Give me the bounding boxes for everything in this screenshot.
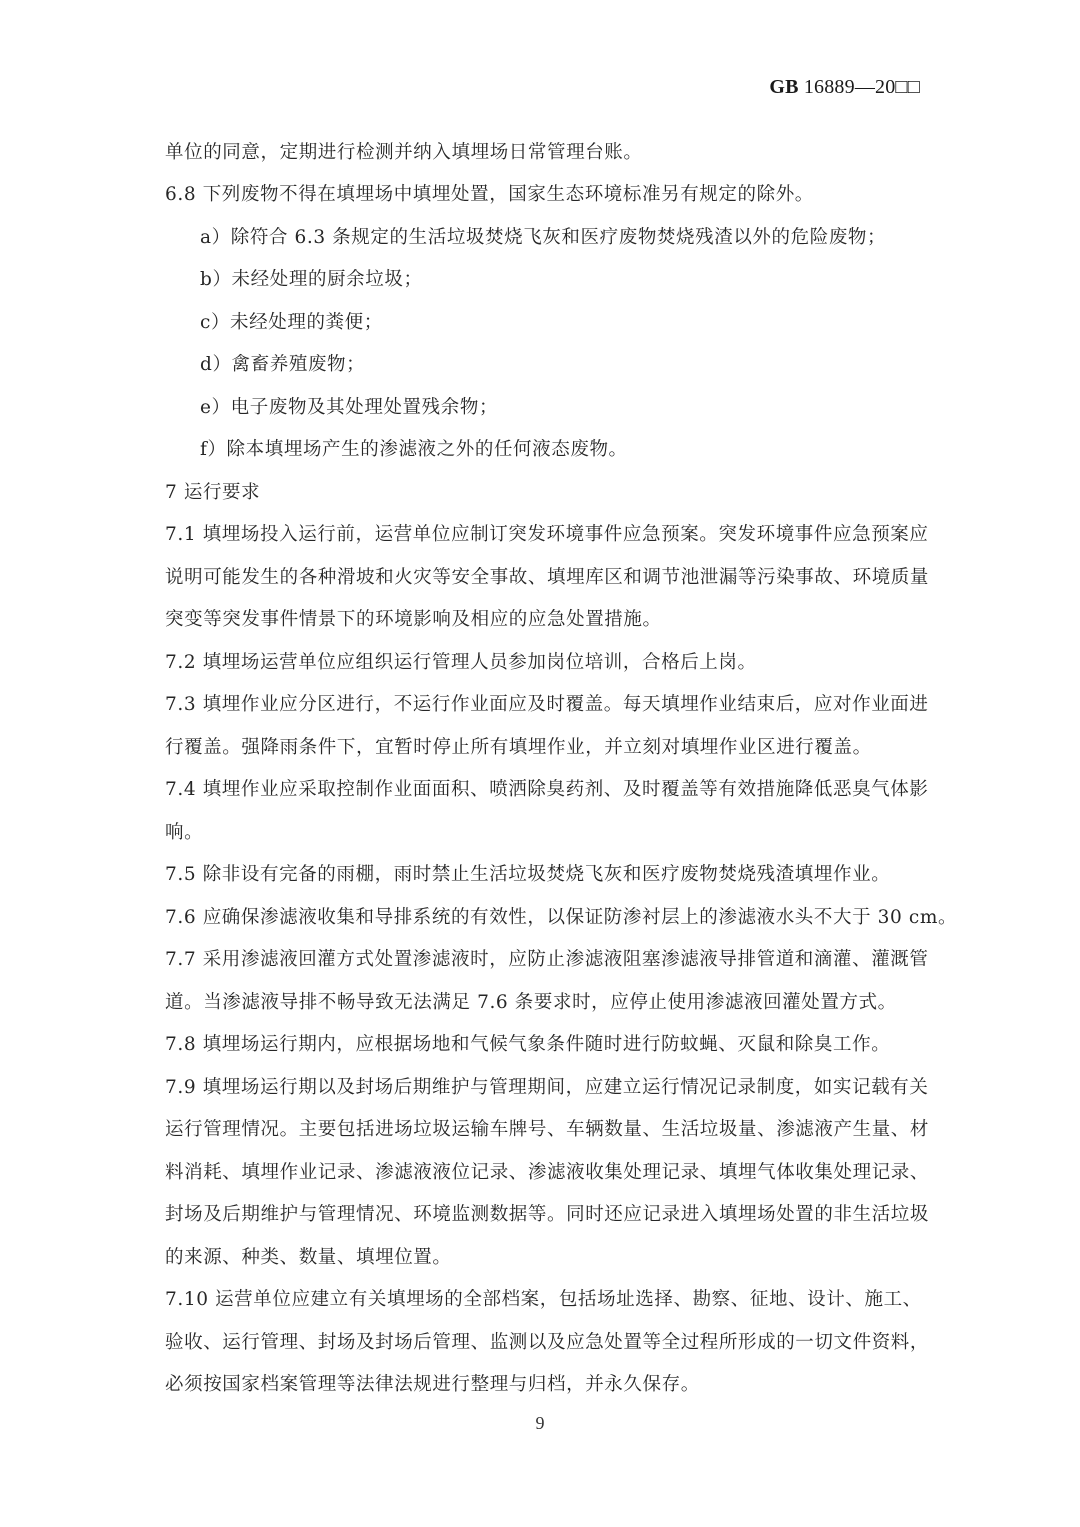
- clause-7-9-line-1: 7.9 填埋场运行期以及封场后期维护与管理期间，应建立运行情况记录制度，如实记载…: [165, 1076, 918, 1100]
- standard-number: 16889—20□□: [804, 76, 920, 98]
- clause-7-7-line-2: 道。当渗滤液导排不畅导致无法满足 7.6 条要求时，应停止使用渗滤液回灌处置方式…: [165, 991, 925, 1015]
- clause-7-9-line-2: 运行管理情况。主要包括进场垃圾运输车牌号、车辆数量、生活垃圾量、渗滤液产生量、材: [165, 1118, 918, 1142]
- paragraph-continuation: 单位的同意，定期进行检测并纳入填埋场日常管理台账。: [165, 141, 925, 165]
- clause-7-4-line-1: 7.4 填埋作业应采取控制作业面面积、喷洒除臭药剂、及时覆盖等有效措施降低恶臭气…: [165, 778, 918, 802]
- list-item-e: e）电子废物及其处理处置残余物；: [200, 396, 960, 420]
- clause-7-10-line-3: 必须按国家档案管理等法律法规进行整理与归档，并永久保存。: [165, 1373, 925, 1397]
- standard-prefix: GB: [769, 76, 798, 98]
- page-number: 9: [0, 1413, 1080, 1434]
- clause-7-9-line-5: 的来源、种类、数量、填埋位置。: [165, 1246, 925, 1270]
- clause-7-2: 7.2 填埋场运营单位应组织运行管理人员参加岗位培训，合格后上岗。: [165, 651, 925, 675]
- clause-7-8: 7.8 填埋场运行期内，应根据场地和气候气象条件随时进行防蚊蝇、灭鼠和除臭工作。: [165, 1033, 925, 1057]
- clause-7-9-line-4: 封场及后期维护与管理情况、环境监测数据等。同时还应记录进入填埋场处置的非生活垃圾: [165, 1203, 918, 1227]
- list-item-c: c）未经处理的粪便；: [200, 311, 960, 335]
- clause-7-5: 7.5 除非设有完备的雨棚，雨时禁止生活垃圾焚烧飞灰和医疗废物焚烧残渣填埋作业。: [165, 863, 925, 887]
- document-page: GB 16889—20□□ 单位的同意，定期进行检测并纳入填埋场日常管理台账。 …: [0, 0, 1080, 1527]
- clause-7-1-line-2: 说明可能发生的各种滑坡和火灾等安全事故、填埋库区和调节池泄漏等污染事故、环境质量: [165, 566, 918, 590]
- clause-7-1-line-1: 7.1 填埋场投入运行前，运营单位应制订突发环境事件应急预案。突发环境事件应急预…: [165, 523, 918, 547]
- clause-7-10-line-1: 7.10 运营单位应建立有关填埋场的全部档案，包括场址选择、勘察、征地、设计、施…: [165, 1288, 918, 1312]
- list-item-a: a）除符合 6.3 条规定的生活垃圾焚烧飞灰和医疗废物焚烧残渣以外的危险废物；: [200, 226, 960, 250]
- clause-7-6: 7.6 应确保渗滤液收集和导排系统的有效性，以保证防渗衬层上的渗滤液水头不大于 …: [165, 906, 925, 930]
- clause-7-4-line-2: 响。: [165, 821, 925, 845]
- clause-7-3-line-2: 行覆盖。强降雨条件下，宜暂时停止所有填埋作业，并立刻对填埋作业区进行覆盖。: [165, 736, 925, 760]
- clause-7-1-line-3: 突变等突发事件情景下的环境影响及相应的应急处置措施。: [165, 608, 925, 632]
- clause-7-3-line-1: 7.3 填埋作业应分区进行，不运行作业面应及时覆盖。每天填埋作业结束后，应对作业…: [165, 693, 918, 717]
- clause-6-8: 6.8 下列废物不得在填埋场中填埋处置，国家生态环境标准另有规定的除外。: [165, 183, 925, 207]
- list-item-d: d）禽畜养殖废物；: [200, 353, 960, 377]
- section-heading: 7 运行要求: [165, 481, 925, 505]
- list-item-b: b）未经处理的厨余垃圾；: [200, 268, 960, 292]
- clause-7-7-line-1: 7.7 采用渗滤液回灌方式处置渗滤液时，应防止渗滤液阻塞渗滤液导排管道和滴灌、灌…: [165, 948, 918, 972]
- page-header: GB 16889—20□□: [769, 76, 920, 99]
- clause-7-10-line-2: 验收、运行管理、封场及封场后管理、监测以及应急处置等全过程所形成的一切文件资料，: [165, 1331, 918, 1355]
- list-item-f: f）除本填埋场产生的渗滤液之外的任何液态废物。: [200, 438, 960, 462]
- clause-7-9-line-3: 料消耗、填埋作业记录、渗滤液液位记录、渗滤液收集处理记录、填埋气体收集处理记录、: [165, 1161, 918, 1185]
